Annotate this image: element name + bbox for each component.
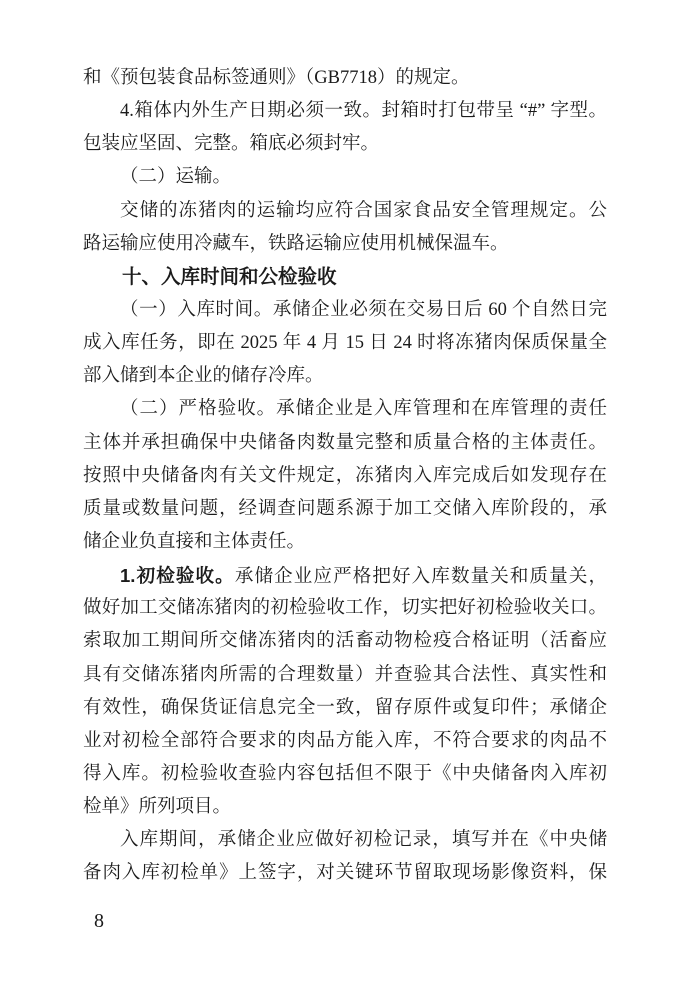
text-line: 有效性，确保货证信息完全一致，留存原件或复印件；承储企 — [83, 692, 607, 725]
text-run: 主体并承担确保中央储备肉数量完整和质量合格的主体责任。 — [83, 433, 607, 453]
text-run: （一）入库时间。承储企业必须在交易日后 60 个自然日完 — [120, 300, 607, 320]
text-run: 包装应坚固、完整。箱底必须封牢。 — [83, 134, 379, 154]
page-number: 8 — [94, 908, 104, 934]
text-line: 成入库任务，即在 2025 年 4 月 15 日 24 时将冻猪肉保质保量全 — [83, 327, 607, 360]
text-run: 部入储到本企业的储存冷库。 — [83, 366, 324, 386]
text-run: 检单》所列项目。 — [83, 797, 231, 817]
text-run: 成入库任务，即在 2025 年 4 月 15 日 24 时将冻猪肉保质保量全 — [83, 333, 607, 353]
text-line: 和《预包装食品标签通则》（GB7718）的规定。 — [83, 62, 607, 95]
text-run: 索取加工期间所交储冻猪肉的活畜动物检疫合格证明（活畜应 — [83, 631, 607, 651]
text-run: 入库期间，承储企业应做好初检记录，填写并在《中央储 — [120, 830, 607, 850]
text-line: 4.箱体内外生产日期必须一致。封箱时打包带呈 “#” 字型。 — [83, 95, 607, 128]
text-line: 1.初检验收。承储企业应严格把好入库数量关和质量关， — [83, 559, 607, 592]
text-line: 质量或数量问题，经调查问题系源于加工交储入库阶段的，承 — [83, 493, 607, 526]
text-line: （一）入库时间。承储企业必须在交易日后 60 个自然日完 — [83, 294, 607, 327]
text-run: 做好加工交储冻猪肉的初检验收工作，切实把好初检验收关口。 — [83, 598, 607, 618]
text-line: 交储的冻猪肉的运输均应符合国家食品安全管理规定。公 — [83, 195, 607, 228]
text-run: 质量或数量问题，经调查问题系源于加工交储入库阶段的，承 — [83, 499, 607, 519]
text-run: 备肉入库初检单》上签字，对关键环节留取现场影像资料，保 — [83, 863, 607, 883]
text-line: 部入储到本企业的储存冷库。 — [83, 360, 607, 393]
text-line: （二）运输。 — [83, 161, 607, 194]
text-run: 有效性，确保货证信息完全一致，留存原件或复印件；承储企 — [83, 698, 607, 718]
text-run: （二）严格验收。承储企业是入库管理和在库管理的责任 — [120, 399, 607, 419]
text-line: 具有交储冻猪肉所需的合理数量）并查验其合法性、真实性和 — [83, 659, 607, 692]
text-run: 路运输应使用冷藏车，铁路运输应使用机械保温车。 — [83, 234, 509, 254]
text-run: （二）运输。 — [120, 167, 231, 187]
text-run: 承储企业应严格把好入库数量关和质量关， — [235, 567, 607, 587]
text-line: 得入库。初检验收查验内容包括但不限于《中央储备肉入库初 — [83, 758, 607, 791]
text-line: 路运输应使用冷藏车，铁路运输应使用机械保温车。 — [83, 228, 607, 261]
text-run: 业对初检全部符合要求的肉品方能入库，不符合要求的肉品不 — [83, 731, 607, 751]
section-heading: 十、入库时间和公检验收 — [83, 261, 607, 294]
text-line: 入库期间，承储企业应做好初检记录，填写并在《中央储 — [83, 824, 607, 857]
bold-text-run: 1.初检验收。 — [120, 565, 235, 586]
text-run: 储企业负直接和主体责任。 — [83, 532, 305, 552]
text-line: 按照中央储备肉有关文件规定，冻猪肉入库完成后如发现存在 — [83, 460, 607, 493]
text-run: 按照中央储备肉有关文件规定，冻猪肉入库完成后如发现存在 — [83, 466, 607, 486]
text-line: （二）严格验收。承储企业是入库管理和在库管理的责任 — [83, 393, 607, 426]
text-line: 备肉入库初检单》上签字，对关键环节留取现场影像资料，保 — [83, 857, 607, 890]
text-run: 和《预包装食品标签通则》（GB7718）的规定。 — [83, 68, 469, 88]
document-page: { "theme": { "background_color": "#fffff… — [0, 0, 700, 989]
text-line: 检单》所列项目。 — [83, 791, 607, 824]
text-line: 业对初检全部符合要求的肉品方能入库，不符合要求的肉品不 — [83, 725, 607, 758]
text-line: 包装应坚固、完整。箱底必须封牢。 — [83, 128, 607, 161]
text-run: 4.箱体内外生产日期必须一致。封箱时打包带呈 “#” 字型。 — [120, 101, 607, 121]
text-run: 交储的冻猪肉的运输均应符合国家食品安全管理规定。公 — [120, 201, 607, 221]
text-run: 具有交储冻猪肉所需的合理数量）并查验其合法性、真实性和 — [83, 665, 607, 685]
text-line: 储企业负直接和主体责任。 — [83, 526, 607, 559]
text-line: 做好加工交储冻猪肉的初检验收工作，切实把好初检验收关口。 — [83, 592, 607, 625]
document-body: 和《预包装食品标签通则》（GB7718）的规定。4.箱体内外生产日期必须一致。封… — [83, 62, 607, 891]
text-run: 得入库。初检验收查验内容包括但不限于《中央储备肉入库初 — [83, 764, 607, 784]
text-line: 主体并承担确保中央储备肉数量完整和质量合格的主体责任。 — [83, 427, 607, 460]
text-line: 索取加工期间所交储冻猪肉的活畜动物检疫合格证明（活畜应 — [83, 625, 607, 658]
bold-text-run: 十、入库时间和公检验收 — [122, 266, 337, 288]
